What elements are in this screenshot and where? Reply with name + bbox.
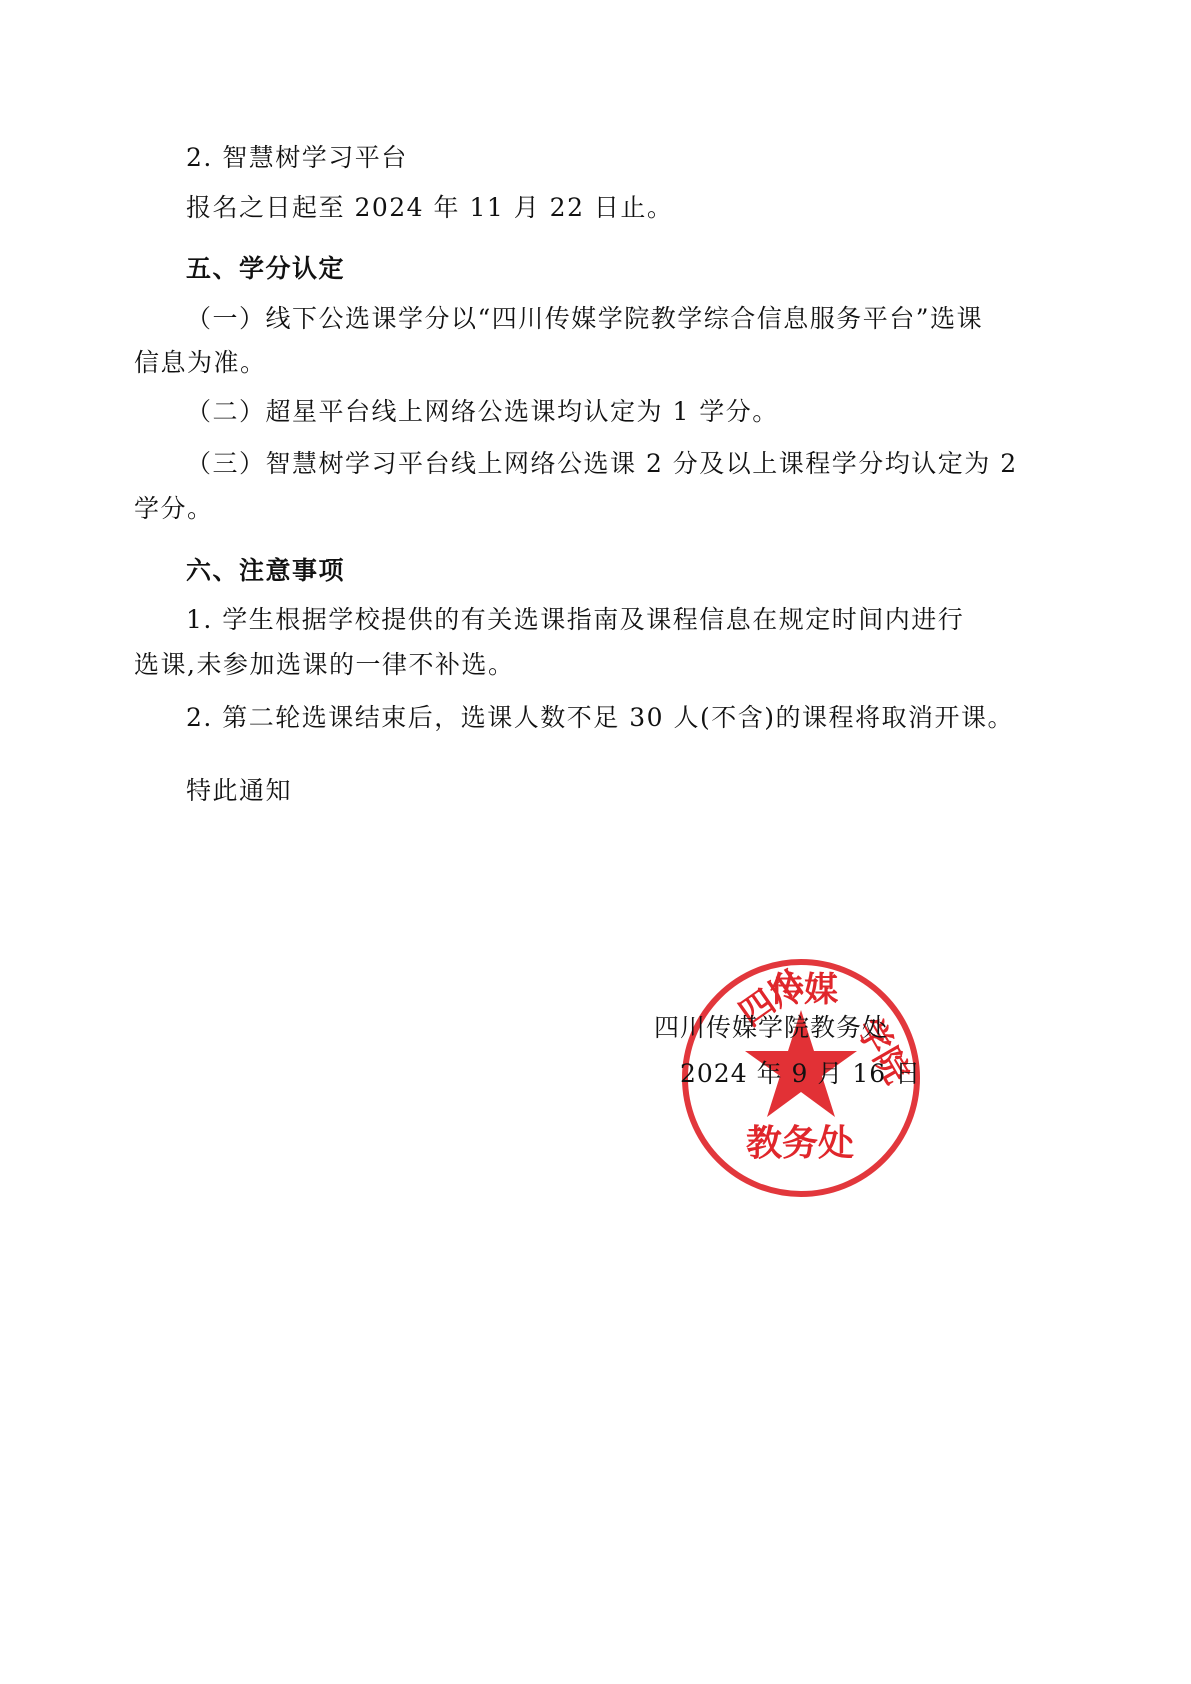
section5-heading: 五、学分认定 (186, 254, 345, 284)
closing-line: 特此通知 (186, 776, 292, 806)
issue-date: 2024 年 9 月 16 日 (680, 1059, 921, 1089)
s5-item2: （二）超星平台线上网络公选课均认定为 1 学分。 (186, 397, 779, 427)
s5-item3-line1: （三）智慧树学习平台线上网络公选课 2 分及以上课程学分均认定为 2 (186, 449, 1018, 479)
platform2-title: 2. 智慧树学习平台 (186, 143, 408, 173)
s6-item1-line1: 1. 学生根据学校提供的有关选课指南及课程信息在规定时间内进行 (186, 605, 964, 635)
s6-item2: 2. 第二轮选课结束后，选课人数不足 30 人(不含)的课程将取消开课。 (186, 703, 1014, 733)
s5-item1-line2: 信息为准。 (134, 348, 267, 378)
seal-bottom-text: 教务处 (746, 1123, 854, 1164)
s5-item1-line1: （一）线下公选课学分以“四川传媒学院教学综合信息服务平台”选课 (186, 304, 983, 334)
section6-heading: 六、注意事项 (186, 556, 345, 586)
document-page: 2. 智慧树学习平台 报名之日起至 2024 年 11 月 22 日止。 五、学… (0, 0, 1191, 1684)
seal-ring-text-top: 传媒 (770, 970, 838, 1010)
s6-item1-line2: 选课,未参加选课的一律不补选。 (134, 650, 514, 680)
s5-item3-line2: 学分。 (134, 494, 214, 524)
issuer-name: 四川传媒学院教务处 (654, 1013, 888, 1043)
platform2-period: 报名之日起至 2024 年 11 月 22 日止。 (186, 193, 673, 223)
